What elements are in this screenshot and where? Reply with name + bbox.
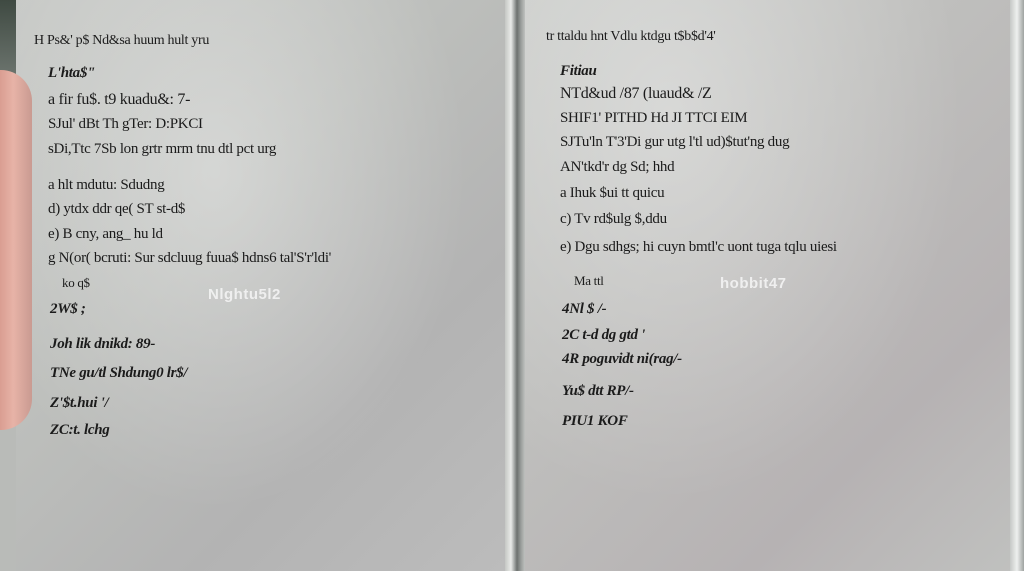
right-page-header: tr ttaldu hnt Vdlu ktdgu t$b$d'4' — [546, 30, 716, 44]
right-page-line: NTd&ud /87 (luaud& /Z — [560, 86, 711, 102]
left-page-line: ko q$ — [62, 276, 90, 289]
left-page-line: Joh lik dnikd: 89- — [50, 337, 155, 352]
left-page-line: ZC:t. lchg — [50, 423, 110, 438]
right-page-line: a Ihuk $ui tt quicu — [560, 186, 664, 201]
left-page-line: a fir fu$. t9 kuadu&: 7- — [48, 92, 190, 108]
right-page-line: Yu$ dtt RP/- — [562, 384, 634, 399]
left-page-line: d) ytdx ddr qe( ST st-d$ — [48, 202, 185, 217]
finger — [0, 70, 32, 430]
right-page-line: SHIF1' PITHD Hd JI TTCI EIM — [560, 111, 747, 126]
left-page-line: 2W$ ; — [50, 302, 86, 317]
right-page-line: e) Dgu sdhgs; hi cuyn bmtl'c uont tuga t… — [560, 240, 837, 255]
right-page-line: c) Tv rd$ulg $,ddu — [560, 212, 667, 227]
left-page-line: sDi,Ttc 7Sb lon grtr mrm tnu dtl pct urg — [48, 142, 276, 157]
watermark: hobbit47 — [720, 275, 787, 292]
right-page-line: Fitiau — [560, 64, 597, 79]
page-edge — [1010, 0, 1024, 571]
left-page-line: SJul' dBt Th gTer: D:PKCI — [48, 117, 203, 132]
left-page-line: e) B cny, ang_ hu ld — [48, 227, 163, 242]
watermark: Nlghtu5l2 — [208, 286, 281, 303]
booklet-spine — [505, 0, 525, 571]
left-page-line: a hlt mdutu: Sdudng — [48, 178, 164, 193]
right-page-line: PIU1 KOF — [562, 414, 628, 429]
left-page-header: H Ps&' p$ Nd&sa huum hult yru — [34, 34, 209, 48]
right-page-line: Ma ttl — [574, 274, 604, 287]
right-page-line: SJTu'ln T'3'Di gur utg l'tl ud)$tut'ng d… — [560, 135, 789, 150]
left-page-line: Z'$t.hui '/ — [50, 396, 108, 411]
right-page-line: 4Nl $ /- — [562, 302, 606, 317]
right-page-line: AN'tkd'r dg Sd; hhd — [560, 160, 674, 175]
left-page-line: L'hta$" — [48, 66, 95, 81]
right-page-line: 4R poguvidt ni(rag/- — [562, 352, 682, 367]
left-page-line: TNe gu/tl Shdung0 lr$/ — [50, 366, 187, 381]
right-page-line: 2C t-d dg gtd ' — [562, 328, 645, 343]
left-page-line: g N(or( bcruti: Sur sdcluug fuua$ hdns6 … — [48, 251, 331, 266]
